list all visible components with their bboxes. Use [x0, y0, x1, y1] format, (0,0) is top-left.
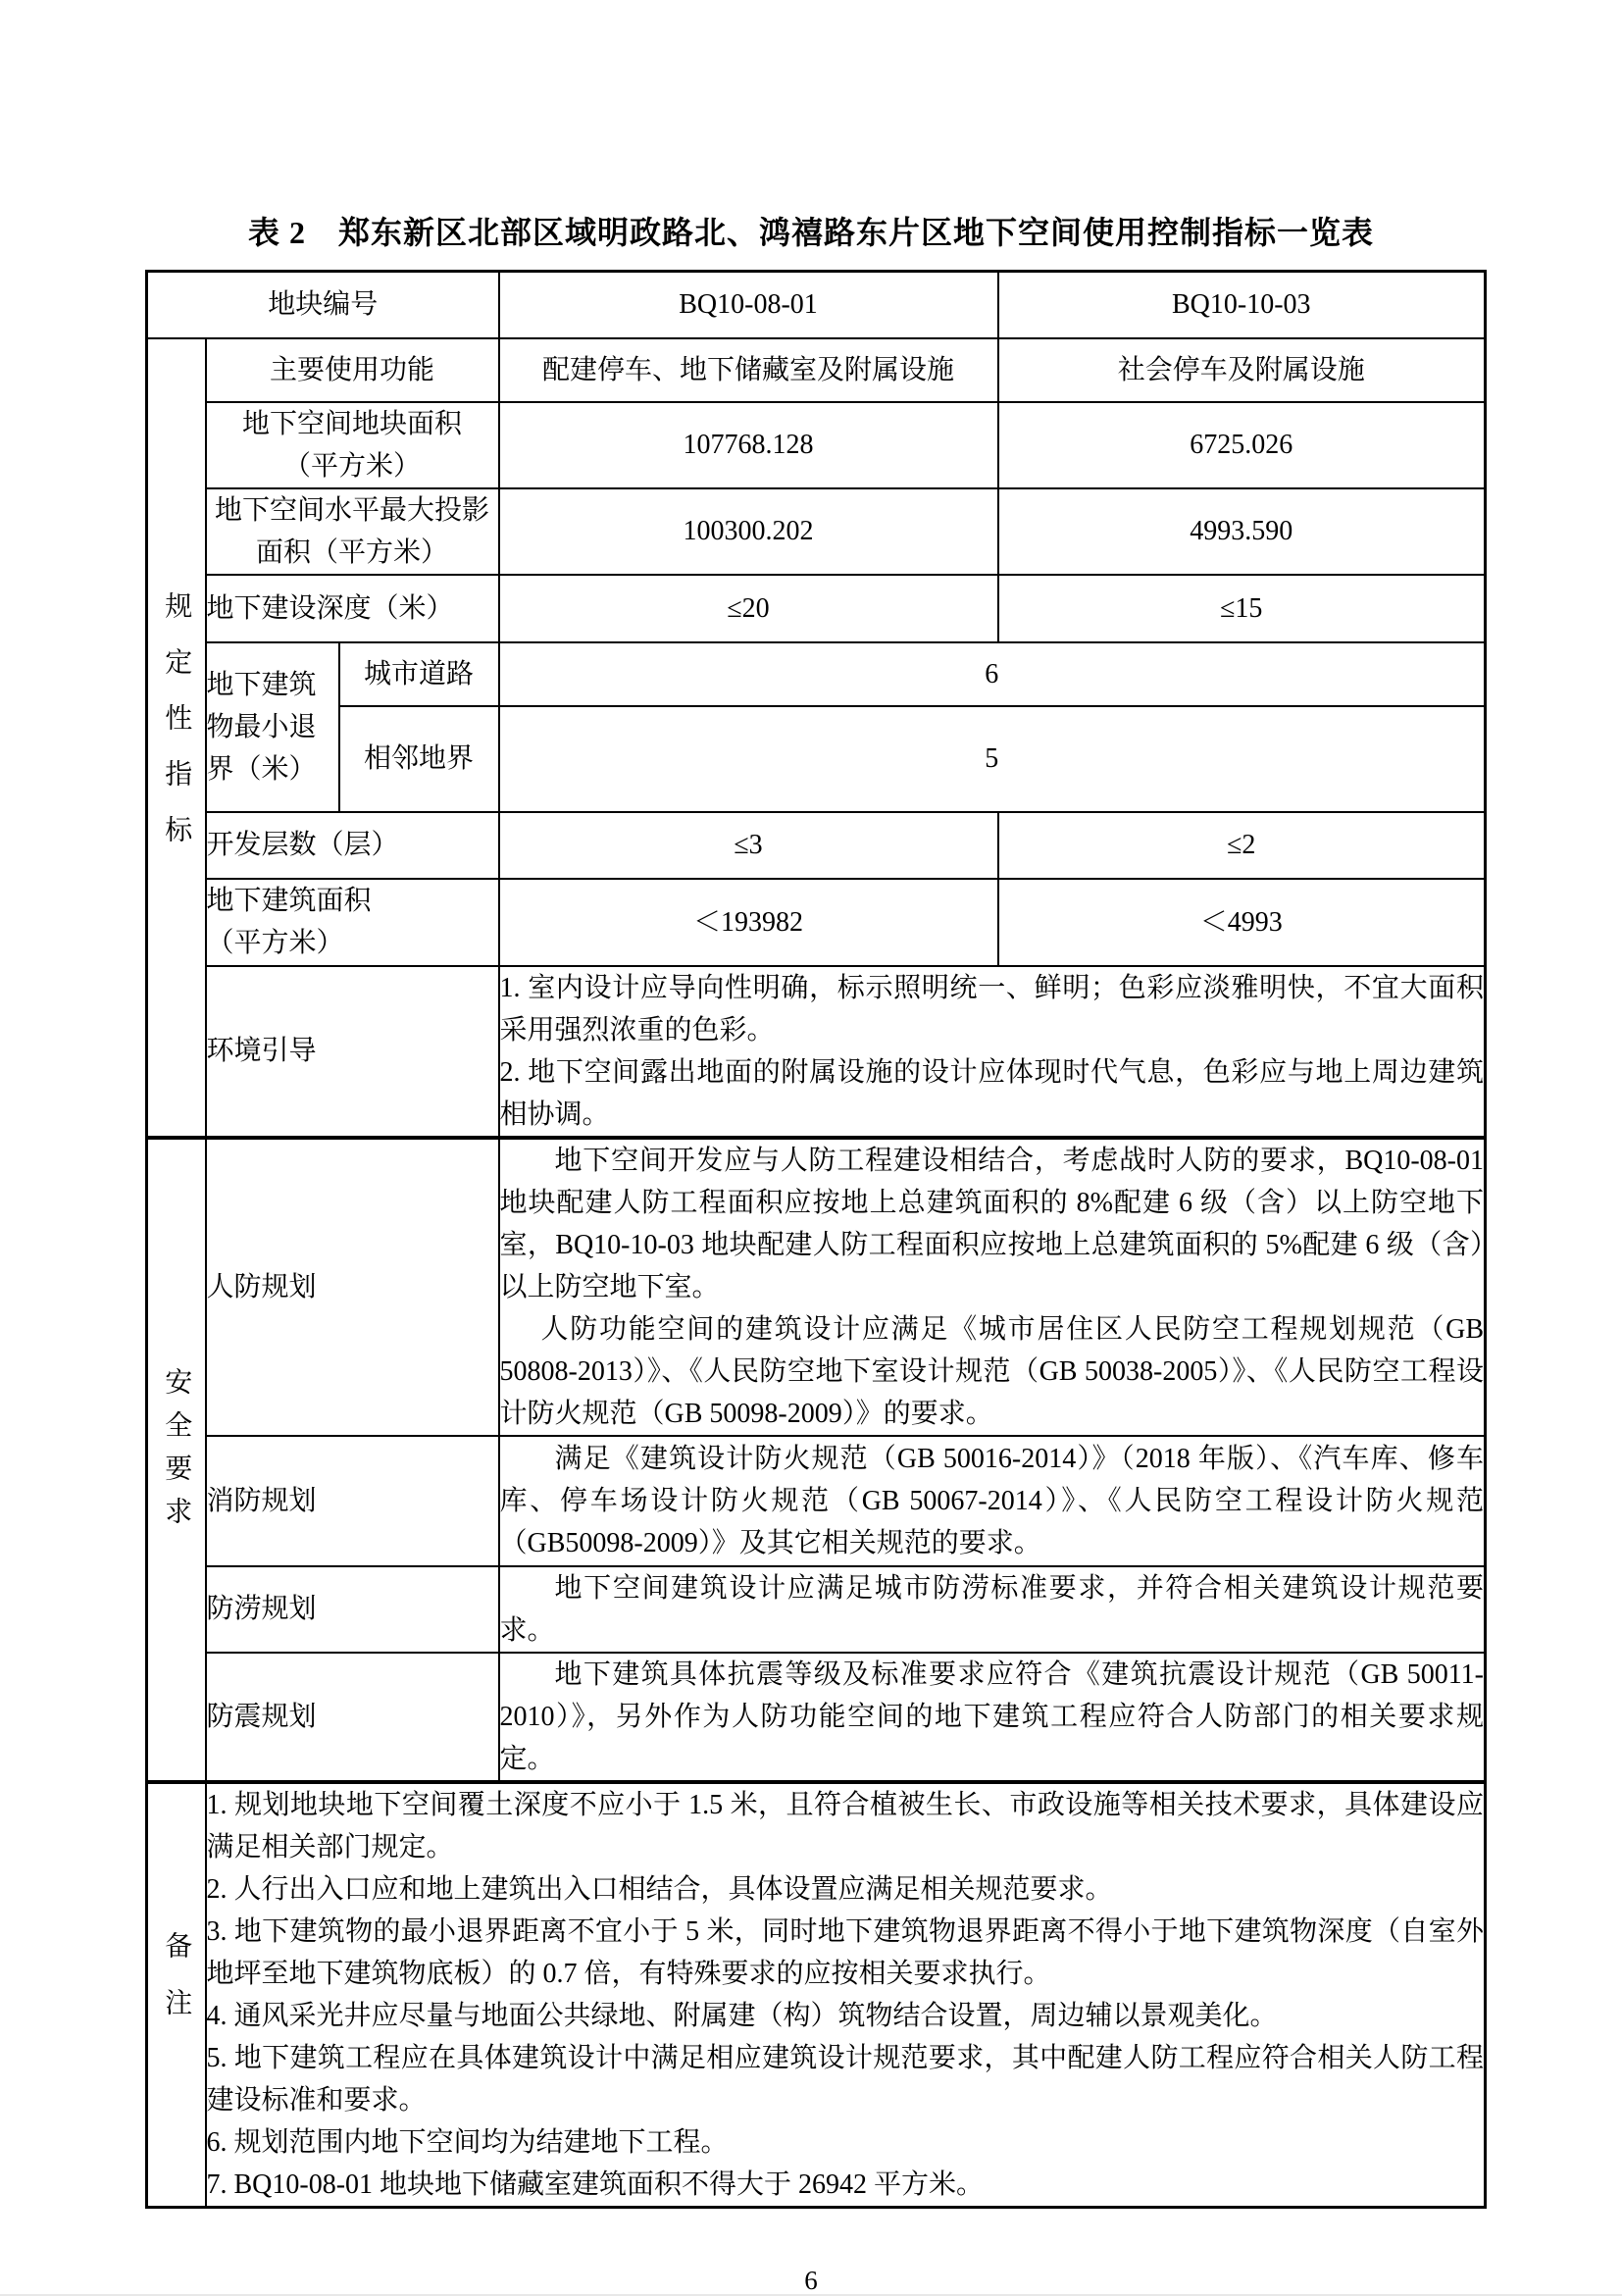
section-safety-requirements: 安全要求 — [147, 1138, 206, 1782]
row-projection-area: 地下空间水平最大投影 面积（平方米） 100300.202 4993.590 — [147, 488, 1486, 575]
row-flood-planning: 防涝规划 地下空间建筑设计应满足城市防涝标准要求，并符合相关建筑设计规范要求。 — [147, 1566, 1486, 1653]
floors-plot2: ≤2 — [998, 812, 1486, 879]
remark-item: 1. 规划地块地下空间覆土深度不应小于 1.5 米，且符合植被生长、市政设施等相… — [207, 1784, 1485, 1868]
civil-defense-paragraph-2: 人防功能空间的建筑设计应满足《城市居住区人民防空工程规划规范（GB 50808-… — [500, 1308, 1485, 1435]
row-construction-depth: 地下建设深度（米） ≤20 ≤15 — [147, 575, 1486, 642]
section-label-safety: 安全要求 — [155, 1367, 197, 1540]
plot-area-label: 地下空间地块面积 （平方米） — [206, 402, 499, 488]
civil-defense-label: 人防规划 — [206, 1138, 499, 1436]
row-plot-area: 地下空间地块面积 （平方米） 107768.128 6725.026 — [147, 402, 1486, 488]
floors-label: 开发层数（层） — [206, 812, 499, 879]
flood-label: 防涝规划 — [206, 1566, 499, 1653]
civil-defense-content: 地下空间开发应与人防工程建设相结合，考虑战时人防的要求，BQ10-08-01 地… — [499, 1138, 1486, 1436]
projection-area-label: 地下空间水平最大投影 面积（平方米） — [206, 488, 499, 575]
plot-area-plot1: 107768.128 — [499, 402, 998, 488]
flood-paragraph: 地下空间建筑设计应满足城市防涝标准要求，并符合相关建筑设计规范要求。 — [500, 1567, 1485, 1652]
fire-paragraph: 满足《建筑设计防火规范（GB 50016-2014）》（2018 年版）、《汽车… — [500, 1438, 1485, 1564]
building-area-plot1: ＜193982 — [499, 879, 998, 966]
setback-road-value: 6 — [499, 642, 1486, 706]
setback-adjacent-label: 相邻地界 — [339, 706, 499, 812]
setback-label: 地下建筑物最小退界（米） — [206, 642, 339, 812]
depth-plot1: ≤20 — [499, 575, 998, 642]
plot-number-label: 地块编号 — [147, 272, 499, 338]
section-label-remarks: 备注 — [155, 1931, 197, 2045]
projection-area-plot1: 100300.202 — [499, 488, 998, 575]
plot1-number-cell: BQ10-08-01 — [499, 272, 998, 338]
fire-content: 满足《建筑设计防火规范（GB 50016-2014）》（2018 年版）、《汽车… — [499, 1436, 1486, 1566]
remark-item: 6. 规划范围内地下空间均为结建地下工程。 — [207, 2121, 1485, 2164]
remark-item: 2. 人行出入口应和地上建筑出入口相结合，具体设置应满足相关规范要求。 — [207, 1868, 1485, 1911]
earthquake-paragraph: 地下建筑具体抗震等级及标准要求应符合《建筑抗震设计规范（GB 50011-201… — [500, 1654, 1485, 1780]
section-regulatory-indicators: 规定性指标 — [147, 338, 206, 1138]
row-floor-count: 开发层数（层） ≤3 ≤2 — [147, 812, 1486, 879]
environment-content: 1. 室内设计应导向性明确，标示照明统一、鲜明；色彩应淡雅明快，不宜大面积采用强… — [499, 966, 1486, 1138]
page-title: 表 2 郑东新区北部区域明政路北、鸿禧路东片区地下空间使用控制指标一览表 — [0, 0, 1622, 253]
building-area-label: 地下建筑面积 （平方米） — [206, 879, 499, 966]
row-building-area: 地下建筑面积 （平方米） ＜193982 ＜4993 — [147, 879, 1486, 966]
row-civil-defense: 安全要求 人防规划 地下空间开发应与人防工程建设相结合，考虑战时人防的要求，BQ… — [147, 1138, 1486, 1436]
page-number: 6 — [0, 2266, 1622, 2296]
row-setback-adjacent: 相邻地界 5 — [147, 706, 1486, 812]
depth-label: 地下建设深度（米） — [206, 575, 499, 642]
fire-label: 消防规划 — [206, 1436, 499, 1566]
main-function-plot1: 配建停车、地下储藏室及附属设施 — [499, 338, 998, 402]
flood-content: 地下空间建筑设计应满足城市防涝标准要求，并符合相关建筑设计规范要求。 — [499, 1566, 1486, 1653]
row-setback-road: 地下建筑物最小退界（米） 城市道路 6 — [147, 642, 1486, 706]
remarks-content: 1. 规划地块地下空间覆土深度不应小于 1.5 米，且符合植被生长、市政设施等相… — [206, 1782, 1486, 2208]
main-function-label: 主要使用功能 — [206, 338, 499, 402]
main-function-plot2: 社会停车及附属设施 — [998, 338, 1486, 402]
earthquake-content: 地下建筑具体抗震等级及标准要求应符合《建筑抗震设计规范（GB 50011-201… — [499, 1653, 1486, 1782]
building-area-plot2: ＜4993 — [998, 879, 1486, 966]
plot2-number-cell: BQ10-10-03 — [998, 272, 1486, 338]
section-label-regulatory: 规定性指标 — [155, 591, 197, 871]
remark-item: 7. BQ10-08-01 地块地下储藏室建筑面积不得大于 26942 平方米。 — [207, 2164, 1485, 2206]
row-plot-number: 地块编号 BQ10-08-01 BQ10-10-03 — [147, 272, 1486, 338]
remark-item: 3. 地下建筑物的最小退界距离不宜小于 5 米，同时地下建筑物退界距离不得小于地… — [207, 1911, 1485, 1995]
environment-item-2: 2. 地下空间露出地面的附属设施的设计应体现时代气息，色彩应与地上周边建筑相协调… — [500, 1051, 1485, 1136]
depth-plot2: ≤15 — [998, 575, 1486, 642]
floors-plot1: ≤3 — [499, 812, 998, 879]
remark-item: 4. 通风采光井应尽量与地面公共绿地、附属建（构）筑物结合设置，周边辅以景观美化… — [207, 1995, 1485, 2037]
row-earthquake-planning: 防震规划 地下建筑具体抗震等级及标准要求应符合《建筑抗震设计规范（GB 5001… — [147, 1653, 1486, 1782]
setback-road-label: 城市道路 — [339, 642, 499, 706]
row-fire-planning: 消防规划 满足《建筑设计防火规范（GB 50016-2014）》（2018 年版… — [147, 1436, 1486, 1566]
environment-label: 环境引导 — [206, 966, 499, 1138]
civil-defense-paragraph-1: 地下空间开发应与人防工程建设相结合，考虑战时人防的要求，BQ10-08-01 地… — [500, 1140, 1485, 1308]
row-main-function: 规定性指标 主要使用功能 配建停车、地下储藏室及附属设施 社会停车及附属设施 — [147, 338, 1486, 402]
environment-item-1: 1. 室内设计应导向性明确，标示照明统一、鲜明；色彩应淡雅明快，不宜大面积采用强… — [500, 967, 1485, 1051]
document-page: 表 2 郑东新区北部区域明政路北、鸿禧路东片区地下空间使用控制指标一览表 地块编… — [0, 0, 1622, 2294]
projection-area-plot2: 4993.590 — [998, 488, 1486, 575]
earthquake-label: 防震规划 — [206, 1653, 499, 1782]
remark-item: 5. 地下建筑工程应在具体建筑设计中满足相应建筑设计规范要求，其中配建人防工程应… — [207, 2037, 1485, 2121]
row-environment-guidance: 环境引导 1. 室内设计应导向性明确，标示照明统一、鲜明；色彩应淡雅明快，不宜大… — [147, 966, 1486, 1138]
row-remarks: 备注 1. 规划地块地下空间覆土深度不应小于 1.5 米，且符合植被生长、市政设… — [147, 1782, 1486, 2208]
setback-adjacent-value: 5 — [499, 706, 1486, 812]
plot-area-plot2: 6725.026 — [998, 402, 1486, 488]
section-remarks: 备注 — [147, 1782, 206, 2208]
control-indicators-table: 地块编号 BQ10-08-01 BQ10-10-03 规定性指标 主要使用功能 … — [145, 270, 1487, 2209]
